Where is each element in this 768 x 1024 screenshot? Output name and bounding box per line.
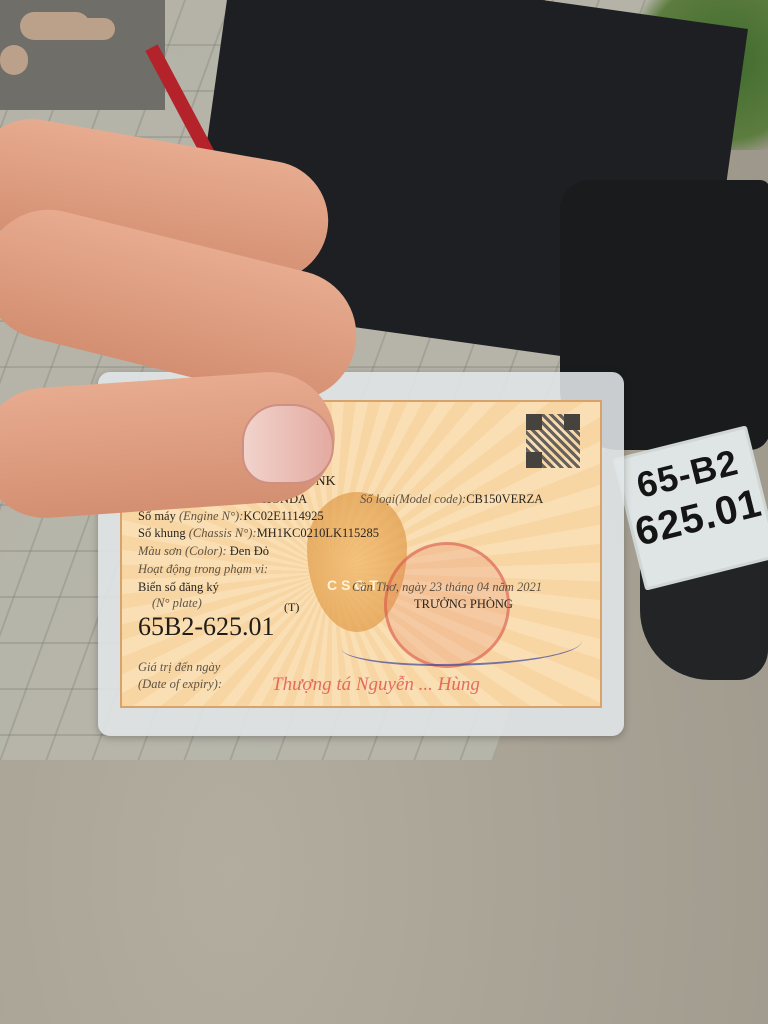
color-label: Màu sơn xyxy=(138,544,182,558)
color-label-en: (Color): xyxy=(185,544,227,558)
thumbnail xyxy=(242,404,334,484)
expiry-label-en: (Date of expiry): xyxy=(138,677,222,692)
signer-name: Thượng tá Nguyễn ... Hùng xyxy=(272,674,480,696)
signer-title: TRƯỞNG PHÒNG xyxy=(414,597,513,612)
qr-code-icon xyxy=(526,414,580,468)
sandal xyxy=(0,45,28,75)
engine-label-en: (Engine N°): xyxy=(179,509,243,523)
model-code: CB150VERZA xyxy=(466,492,543,506)
color-value: Đen Đỏ xyxy=(230,544,269,558)
engine-number: KC02E1114925 xyxy=(243,509,323,523)
sandal xyxy=(60,18,115,40)
plate-suffix: (T) xyxy=(284,600,299,615)
plate-label: Biển số đăng ký xyxy=(138,580,219,595)
card-plate-number: 65B2-625.01 xyxy=(138,612,275,642)
chassis-label-en: (Chassis N°): xyxy=(189,526,257,540)
issue-place-date: Cần Thơ, ngày 23 tháng 04 năm 2021 xyxy=(352,580,542,595)
chassis-label: Số khung xyxy=(138,526,186,540)
chassis-number: MH1KC0210LK115285 xyxy=(257,526,379,540)
expiry-label: Giá trị đến ngày xyxy=(138,660,220,675)
model-code-label: Số loại(Model code): xyxy=(360,492,466,506)
scope-label: Hoạt động trong phạm vi: xyxy=(138,562,268,577)
plate-label-en: (N° plate) xyxy=(152,596,202,611)
